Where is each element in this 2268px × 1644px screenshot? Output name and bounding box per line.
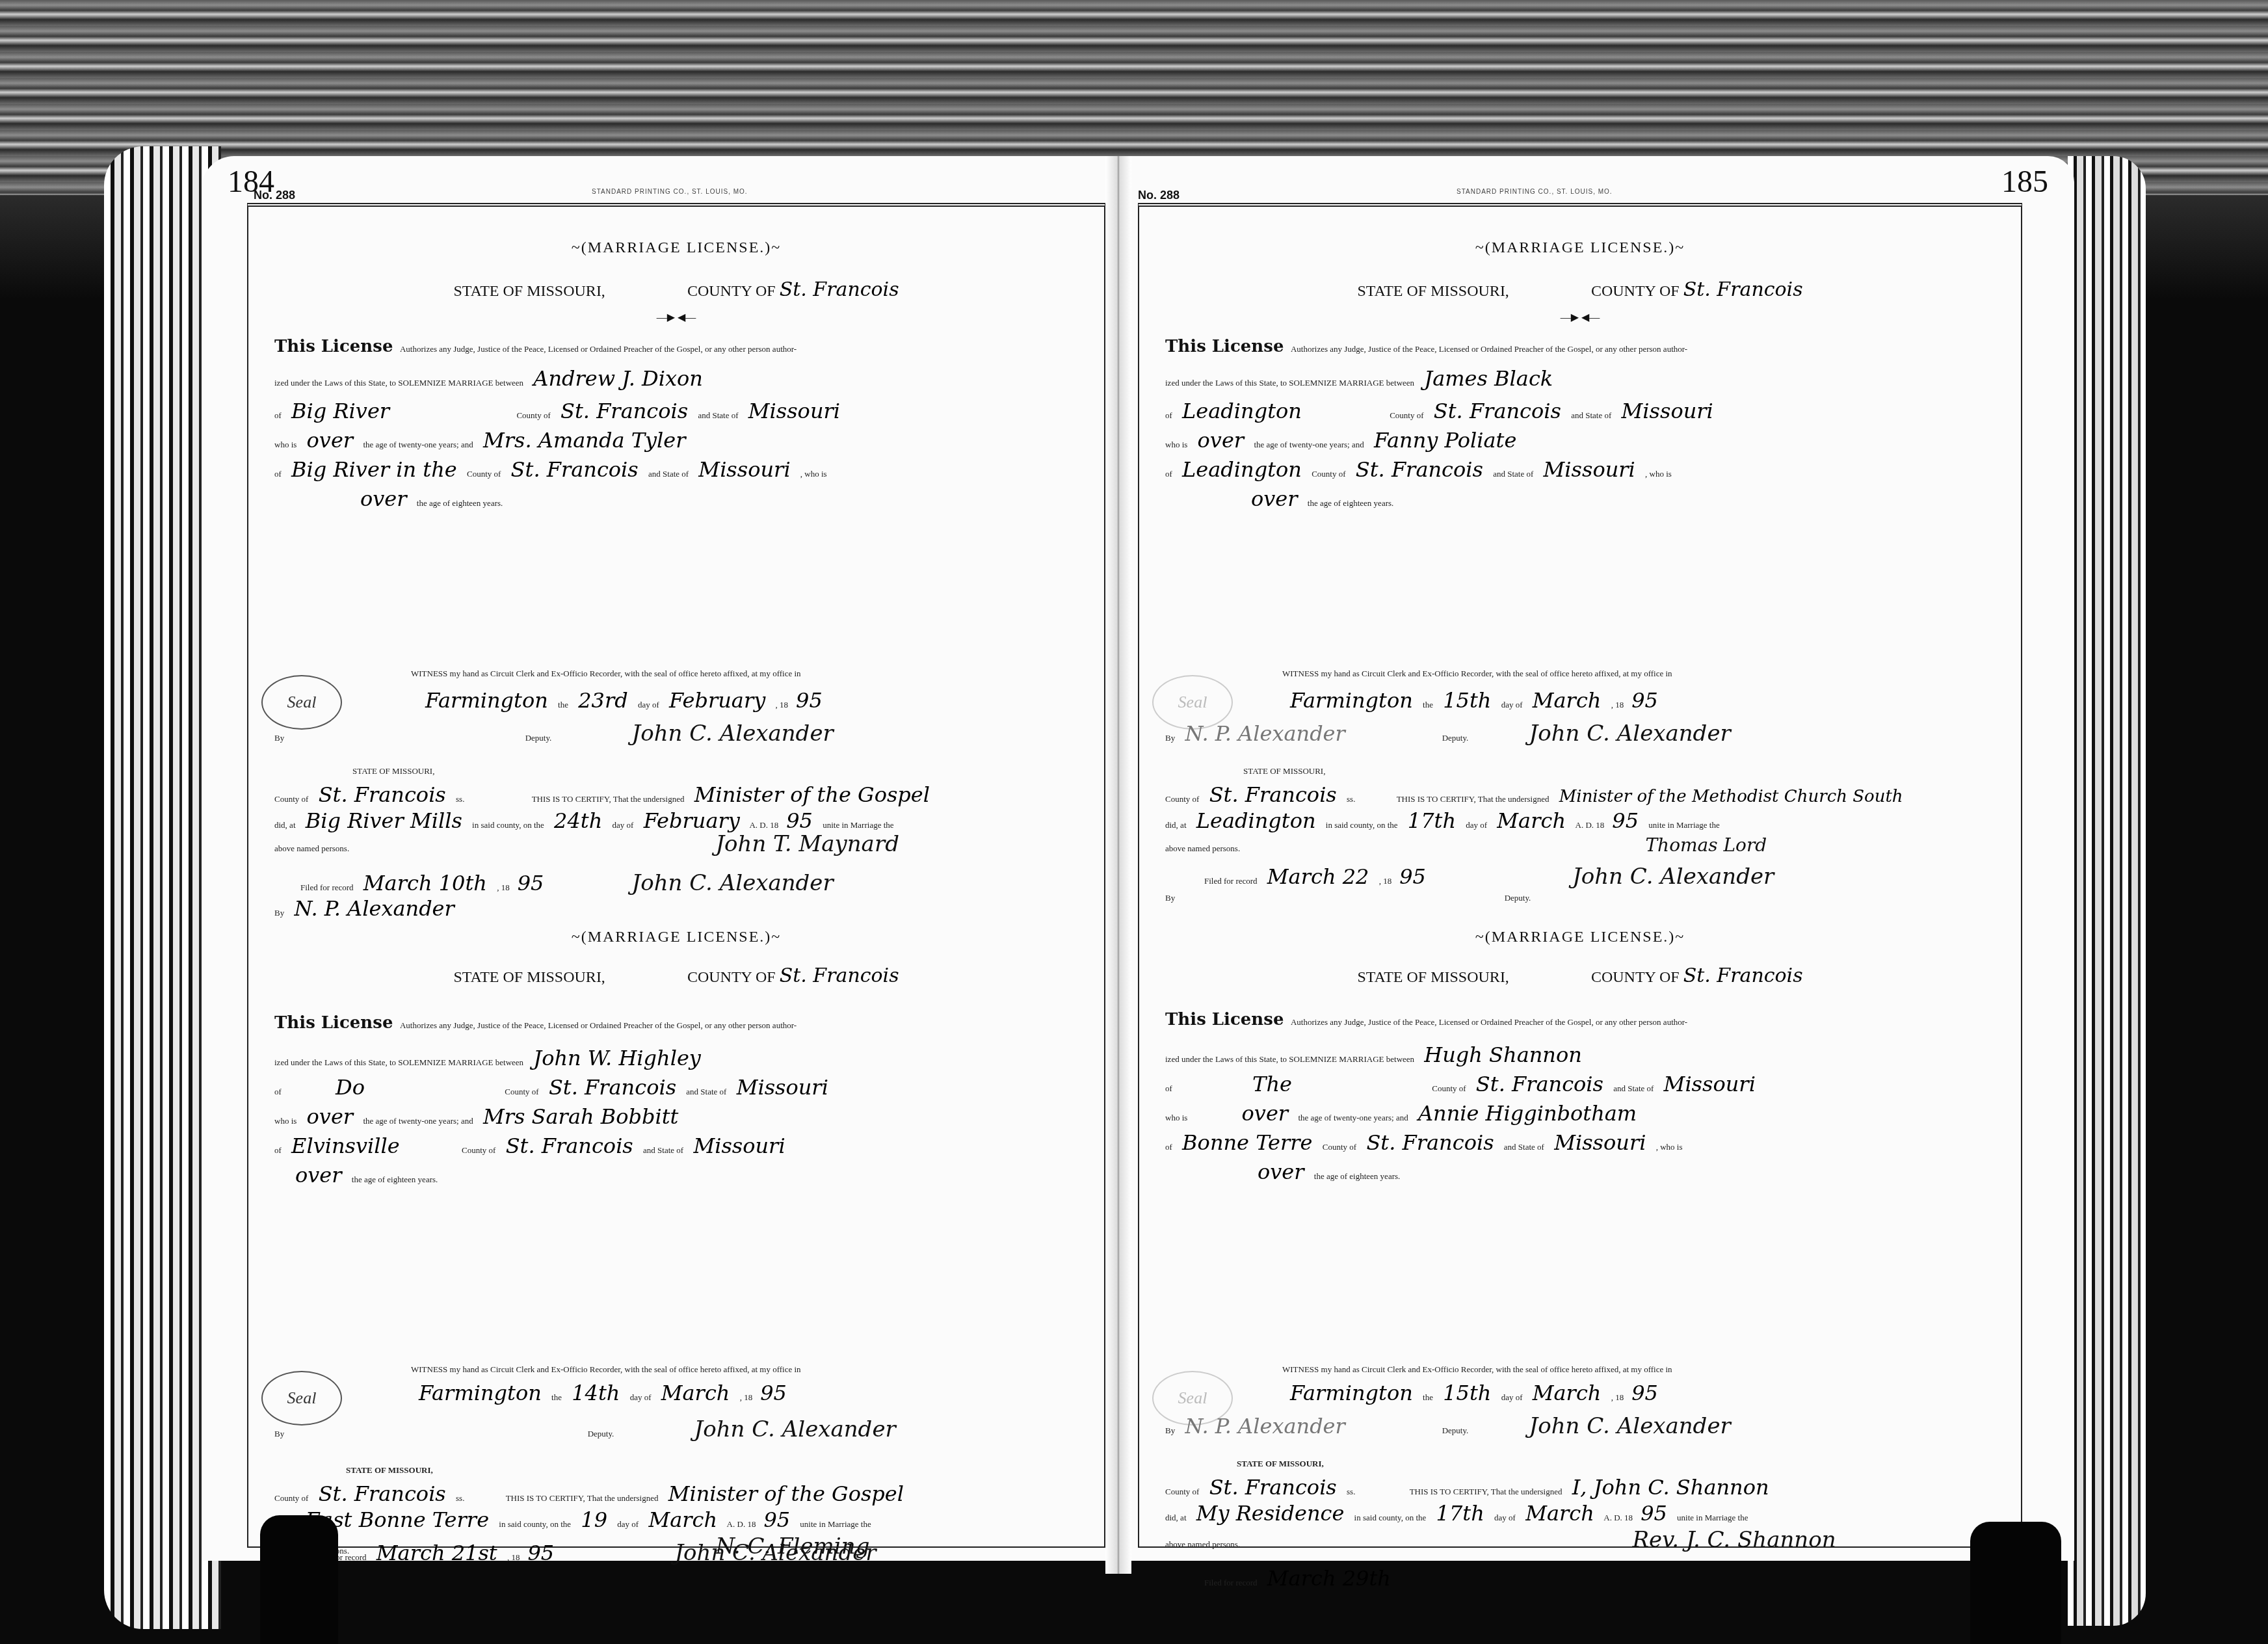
state-label: STATE OF MISSOURI, [1357,283,1509,300]
state-label: STATE OF MISSOURI, [453,283,605,300]
the-label: the [558,700,568,709]
bride-age: over [295,1163,342,1187]
year-prefix: , 18 [740,1392,753,1402]
married-day: 19 [581,1507,607,1532]
state-label: STATE OF MISSOURI, [1357,969,1509,986]
year-prefix: , 18 [776,700,789,709]
cert-county-label: County of [1165,1487,1199,1496]
bride-age-line: over the age of eighteen years. [274,486,1085,511]
this-license-heading: This License [1165,337,1284,356]
who-is-label: who is [1165,1113,1187,1122]
of-label: of [1165,1083,1172,1093]
groom-county: St. Francois [1476,1072,1603,1096]
and-state-label: and State of [1493,469,1533,479]
who-is-label: who is [274,1116,297,1126]
authorizes-text: Authorizes any Judge, Justice of the Pea… [400,1020,797,1030]
printer-line: STANDARD PRINTING CO., ST. LOUIS, MO. [1457,189,1613,196]
form-frame: ~(MARRIAGE LICENSE.)~ STATE OF MISSOURI,… [1138,203,2022,1548]
license-title: ~(MARRIAGE LICENSE.)~ [248,929,1104,946]
ad-text: A. D. 18 [749,820,778,830]
county-label: COUNTY OF [687,283,776,300]
who-is-label: who is [1165,440,1187,449]
year-prefix: , 18 [1379,876,1392,886]
state-county-line: STATE OF MISSOURI, COUNTY OF St. Francoi… [248,278,1104,301]
and-state-label: and State of [698,410,738,420]
issued-at: Farmington [1290,1381,1413,1405]
issued-year: 95 [1631,1381,1658,1405]
filed-year: 95 [1399,864,1426,889]
filed-date: March 29th [1267,1566,1391,1591]
issued-month: February [669,688,765,713]
issue-deputy: N. P. Alexander [1185,721,1432,746]
groom-residence: Do [336,1075,365,1100]
issued-day: 14th [572,1381,620,1405]
license-title: ~(MARRIAGE LICENSE.)~ [1139,239,2021,257]
married-at: Leadington [1196,808,1316,833]
cert-state: STATE OF MISSOURI, [1243,766,1325,776]
issue-deputy: N. P. Alexander [1185,1414,1432,1438]
issued-day: 15th [1443,688,1491,713]
cert-county-line: County of St. Francois ss. THIS IS TO CE… [1165,1475,2001,1500]
groom-residence: Leadington [1182,399,1302,423]
the-label: the [551,1392,562,1402]
witness-line: WITNESS my hand as Circuit Clerk and Ex-… [1165,669,2001,679]
filed-by-line: By Deputy. [1165,893,2001,903]
this-license-heading: This License [274,1013,393,1033]
did-at-label: did, at [1165,820,1187,830]
married-at: Big River Mills [306,808,462,833]
solemnize-text: ized under the Laws of this State, to SO… [274,378,523,388]
clerk-signature: John C. Alexander [694,1416,896,1442]
bride-residence-line: of Elvinsville County of St. Francois an… [274,1134,1085,1158]
bride-county: St. Francois [1356,457,1483,482]
county-of-label: County of [1390,410,1423,420]
bride-name: Annie Higginbotham [1418,1101,1637,1126]
groom-name-line: ized under the Laws of this State, to SO… [1165,1042,2001,1067]
cert-county-label: County of [274,1493,308,1503]
married-at-line: did, at My Residence in said county, on … [1165,1501,2001,1526]
filed-line: Filed for record March 22 , 1895 John C.… [1165,864,2001,890]
filed-deputy: N. P. Alexander [294,896,454,921]
issue-date-line: Farmington the 23rd day of February , 18… [274,688,1085,713]
groom-name-line: ized under the Laws of this State, to SO… [274,1046,1085,1070]
year-prefix: , 18 [507,1552,520,1562]
county-of-label: County of [1323,1142,1356,1152]
married-month: March [1525,1501,1594,1526]
county-value: St. Francois [780,964,899,987]
day-of-label: day of [1494,1513,1516,1522]
age21-text: the age of twenty-one years; and [363,1116,473,1126]
cert-county: St. Francois [1209,1475,1337,1500]
married-at: My Residence [1196,1501,1345,1526]
deputy-label: Deputy. [1505,893,1531,903]
unite-text: unite in Marriage the [823,820,893,830]
who-is-end: , who is [1656,1142,1683,1152]
cert-county: St. Francois [319,1481,446,1506]
above-named-line: above named persons. Thomas Lord [1165,834,2001,856]
and-state-label: and State of [686,1087,726,1096]
groom-age: over [1242,1101,1289,1126]
officiant-title: I, John C. Shannon [1572,1475,1769,1500]
deputy-label: Deputy. [525,733,552,743]
bride-age: over [1251,486,1298,511]
deputy-label: Deputy. [1442,733,1469,743]
this-license-heading: This License [1165,1010,1284,1029]
form-number: No. 288 [1138,189,1180,202]
filed-by-line: By N. P. Alexander [274,896,1085,921]
groom-state: Missouri [1622,399,1713,423]
witness-text: WITNESS my hand as Circuit Clerk and Ex-… [411,669,801,678]
officiant-signature: Thomas Lord [1645,834,1767,856]
by-label: By [274,733,284,743]
married-year: 95 [786,808,813,833]
cert-state: STATE OF MISSOURI, [346,1465,433,1475]
groom-age: over [1198,428,1245,453]
this-license-heading: This License [274,337,393,356]
officiant-title: Minister of the Gospel [694,782,930,807]
witness-line: WITNESS my hand as Circuit Clerk and Ex-… [274,669,1085,679]
bride-residence: Leadington [1182,457,1302,482]
filed-year: 95 [518,871,544,895]
county-of-label: County of [1312,469,1345,479]
bride-state: Missouri [1544,457,1635,482]
county-value: St. Francois [780,278,899,301]
filed-date: March 22 [1267,864,1369,889]
marriage-license-record: ~(MARRIAGE LICENSE.)~ STATE OF MISSOURI,… [248,207,1104,857]
filed-line: Filed for record March 21st , 1895 John … [274,1540,1085,1566]
groom-state: Missouri [1664,1072,1756,1096]
above-named: above named persons. [1165,1539,1240,1549]
married-day: 24th [554,808,602,833]
filed-line: Filed for record March 29th [1165,1566,2001,1591]
age18-text: the age of eighteen years. [1314,1171,1400,1181]
ss-label: ss. [456,1493,464,1503]
authorization-line: This License Authorizes any Judge, Justi… [274,337,1085,356]
ad-text: A. D. 18 [727,1519,756,1529]
bride-county: St. Francois [506,1134,633,1158]
issued-month: March [1533,688,1602,713]
state-county-line: STATE OF MISSOURI, COUNTY OF St. Francoi… [1139,278,2021,301]
authorization-line: This License Authorizes any Judge, Justi… [274,1013,1085,1033]
of-label: of [274,1145,282,1155]
witness-text: WITNESS my hand as Circuit Clerk and Ex-… [411,1364,801,1374]
did-at-label: did, at [274,820,296,830]
clerk-signature-line: By N. P. Alexander Deputy. John C. Alexa… [1165,1413,2001,1439]
issue-date-line: Farmington the 14th day of March , 1895 [274,1381,1085,1405]
groom-age: over [307,1104,354,1129]
officiant-signature: John T. Maynard [715,831,899,857]
bride-state: Missouri [698,457,790,482]
day-of-label: day of [613,820,634,830]
bride-age: over [360,486,407,511]
license-title: ~(MARRIAGE LICENSE.)~ [248,239,1104,257]
above-named: above named persons. [274,843,349,853]
ss-label: ss. [456,794,464,804]
groom-name-line: ized under the Laws of this State, to SO… [1165,366,2001,391]
bride-age-line: over the age of eighteen years. [1165,1160,2001,1184]
officiant-title: Minister of the Methodist Church South [1559,787,1903,806]
clerk-signature-line: By Deputy. John C. Alexander [274,721,1085,747]
bride-residence-line: of Bonne Terre County of St. Francois an… [1165,1130,2001,1155]
married-day: 17th [1436,1501,1484,1526]
certify-text: THIS IS TO CERTIFY, That the undersigned [506,1493,659,1503]
issued-month: March [661,1381,730,1405]
groom-name: Hugh Shannon [1424,1042,1581,1067]
county-value: St. Francois [1683,278,1803,301]
married-month: March [1497,808,1566,833]
groom-age-bride-line: who is over the age of twenty-one years;… [274,428,1085,453]
clerk-signature-line: By Deputy. John C. Alexander [274,1416,1085,1442]
bride-age: over [1258,1160,1304,1184]
ornament-arrows: —▶ ◀— [248,311,1104,324]
filing-block: above named persons. John T. Maynard Fil… [248,831,1104,929]
filed-label: Filed for record [1204,1578,1258,1587]
issued-year: 95 [1631,688,1658,713]
authorization-line: This License Authorizes any Judge, Justi… [1165,337,2001,356]
county-label: COUNTY OF [1591,283,1680,300]
married-year: 95 [1641,1501,1667,1526]
clerk-signature: John C. Alexander [1529,721,1731,747]
authorization-line: This License Authorizes any Judge, Justi… [1165,1010,2001,1029]
filed-clerk-signature: John C. Alexander [674,1540,876,1566]
solemnize-text: ized under the Laws of this State, to SO… [1165,378,1414,388]
book-gutter [1105,156,1131,1574]
age18-text: the age of eighteen years. [1308,498,1393,508]
county-label: COUNTY OF [1591,969,1680,986]
cert-state: STATE OF MISSOURI, [1237,1459,1324,1468]
bride-county: St. Francois [1366,1130,1494,1155]
married-month: March [648,1507,717,1532]
form-frame: ~(MARRIAGE LICENSE.)~ STATE OF MISSOURI,… [247,203,1105,1548]
bride-residence: Bonne Terre [1182,1130,1312,1155]
issued-day: 15th [1443,1381,1491,1405]
officiant-title: Minister of the Gospel [668,1481,904,1506]
county-of-label: County of [505,1087,538,1096]
issued-day: 23rd [578,688,628,713]
cert-county-label: County of [1165,794,1199,804]
groom-county: St. Francois [549,1075,676,1100]
certify-text: THIS IS TO CERTIFY, That the undersigned [532,794,685,804]
state-label: STATE OF MISSOURI, [453,969,605,986]
issue-date-line: Farmington the 15th day of March , 1895 [1165,1381,2001,1405]
authorizes-text: Authorizes any Judge, Justice of the Pea… [1291,1017,1687,1027]
day-of-label: day of [1501,700,1523,709]
cert-county-label: County of [274,794,308,804]
certify-text: THIS IS TO CERTIFY, That the undersigned [1410,1487,1563,1496]
bride-residence-line: of Big River in the County of St. Franco… [274,457,1085,482]
the-label: the [1423,1392,1433,1402]
bride-age-line: over the age of eighteen years. [1165,486,2001,511]
certify-text: THIS IS TO CERTIFY, That the undersigned [1397,794,1549,804]
issued-year: 95 [760,1381,787,1405]
married-year: 95 [763,1507,790,1532]
book-page-edges-right [2068,156,2146,1626]
bride-residence: Elvinsville [291,1134,400,1158]
married-year: 95 [1612,808,1639,833]
issue-date-line: Farmington the 15th day of March , 1895 [1165,688,2001,713]
cert-state-line: STATE OF MISSOURI, [274,766,1085,776]
authorizes-text: Authorizes any Judge, Justice of the Pea… [1291,344,1687,354]
who-is-end: , who is [800,469,827,479]
cert-county-line: County of St. Francois ss. THIS IS TO CE… [274,782,1085,807]
above-named-line: above named persons. John T. Maynard [274,831,1085,857]
issued-at: Farmington [425,688,548,713]
who-is-label: who is [274,440,297,449]
groom-residence-line: of The County of St. Francois and State … [1165,1072,2001,1096]
bride-age-line: over the age of eighteen years. [274,1163,1085,1187]
married-at-line: did, at Leadington in said county, on th… [1165,808,2001,833]
groom-age-bride-line: who is over the age of twenty-one years;… [1165,1101,2001,1126]
of-label: of [1165,1142,1172,1152]
bride-residence-line: of Leadington County of St. Francois and… [1165,457,2001,482]
county-of-label: County of [1432,1083,1466,1093]
clerk-signature: John C. Alexander [632,721,834,747]
in-said-county: in said county, on the [499,1519,571,1529]
age21-text: the age of twenty-one years; and [1254,440,1364,449]
of-label: of [274,469,282,479]
groom-name-line: ized under the Laws of this State, to SO… [274,366,1085,391]
married-month: February [644,808,740,833]
groom-residence: Big River [291,399,389,423]
groom-age-bride-line: who is over the age of twenty-one years;… [274,1104,1085,1129]
scanner-thumb-right [1970,1522,2061,1644]
cert-county-line: County of St. Francois ss. THIS IS TO CE… [1165,782,2001,807]
the-label: the [1423,700,1433,709]
age21-text: the age of twenty-one years; and [1298,1113,1408,1122]
day-of-label: day of [630,1392,652,1402]
above-named: above named persons. [1165,843,1240,853]
ad-text: A. D. 18 [1576,820,1605,830]
and-state-label: and State of [1571,410,1611,420]
groom-name: Andrew J. Dixon [533,366,703,391]
age18-text: the age of eighteen years. [352,1174,438,1184]
married-day: 17th [1408,808,1456,833]
printer-line: STANDARD PRINTING CO., ST. LOUIS, MO. [592,189,748,196]
left-page: 184 No. 288 STANDARD PRINTING CO., ST. L… [202,156,1118,1561]
scanner-thumb-left [260,1515,338,1644]
deputy-label: Deputy. [588,1429,614,1438]
form-number: No. 288 [254,189,295,202]
groom-county: St. Francois [1434,399,1561,423]
by-label: By [274,1429,284,1438]
groom-state: Missouri [748,399,840,423]
age21-text: the age of twenty-one years; and [363,440,473,449]
cert-state: STATE OF MISSOURI, [352,766,434,776]
and-state-label: and State of [1613,1083,1654,1093]
cert-state-line: STATE OF MISSOURI, [274,1465,1085,1476]
bride-county: St. Francois [511,457,639,482]
day-of-label: day of [638,700,659,709]
ss-label: ss. [1347,794,1355,804]
filed-date: March 10th [363,871,487,895]
and-state-label: and State of [1504,1142,1544,1152]
of-label: of [274,1087,282,1096]
unite-text: unite in Marriage the [1648,820,1719,830]
bride-name: Fanny Poliate [1374,428,1516,453]
county-of-label: County of [516,410,550,420]
married-at-line: did, at Big River Mills in said county, … [274,808,1085,833]
in-said-county: in said county, on the [472,820,544,830]
who-is-end: , who is [1645,469,1672,479]
authorizes-text: Authorizes any Judge, Justice of the Pea… [400,344,797,354]
groom-age: over [307,428,354,453]
witness-line: WITNESS my hand as Circuit Clerk and Ex-… [1165,1364,2001,1375]
ad-text: A. D. 18 [1603,1513,1633,1522]
county-of-label: County of [462,1145,495,1155]
deputy-label: Deputy. [1442,1425,1469,1435]
state-county-line: STATE OF MISSOURI, COUNTY OF St. Francoi… [248,964,1104,987]
solemnize-text: ized under the Laws of this State, to SO… [1165,1054,1414,1064]
groom-residence-line: of Do County of St. Francois and State o… [274,1075,1085,1100]
bride-state: Missouri [693,1134,785,1158]
witness-line: WITNESS my hand as Circuit Clerk and Ex-… [274,1364,1085,1375]
bride-state: Missouri [1554,1130,1646,1155]
married-at-line: did, at East Bonne Terre in said county,… [274,1507,1085,1532]
groom-name: John W. Highley [533,1046,701,1070]
groom-residence-line: of Leadington County of St. Francois and… [1165,399,2001,423]
age18-text: the age of eighteen years. [417,498,503,508]
officiant-signature: Rev. J. C. Shannon [1632,1527,1836,1553]
year-prefix: , 18 [497,882,510,892]
groom-residence-line: of Big River County of St. Francois and … [274,399,1085,423]
groom-state: Missouri [737,1075,828,1100]
cert-county-line: County of St. Francois ss. THIS IS TO CE… [274,1481,1085,1506]
issued-month: March [1533,1381,1602,1405]
of-label: of [274,410,282,420]
issued-at: Farmington [419,1381,542,1405]
bride-name: Mrs Sarah Bobbitt [483,1104,679,1129]
witness-text: WITNESS my hand as Circuit Clerk and Ex-… [1282,669,1672,678]
filed-clerk-signature: John C. Alexander [632,870,834,896]
issued-year: 95 [796,688,823,713]
filed-date: March 21st [376,1541,497,1565]
filed-label: Filed for record [300,882,354,892]
filed-year: 95 [527,1541,554,1565]
marriage-license-record: ~(MARRIAGE LICENSE.)~ STATE OF MISSOURI,… [1139,929,2021,1579]
of-label: of [1165,469,1172,479]
year-prefix: , 18 [1611,1392,1624,1402]
state-county-line: STATE OF MISSOURI, COUNTY OF St. Francoi… [1139,964,2021,987]
bride-residence: Big River in the [291,457,457,482]
year-prefix: , 18 [1611,700,1624,709]
by-label: By [1165,733,1175,743]
day-of-label: day of [1466,820,1487,830]
and-state-label: and State of [648,469,689,479]
witness-text: WITNESS my hand as Circuit Clerk and Ex-… [1282,1364,1672,1374]
cert-county: St. Francois [319,782,446,807]
above-named-line: above named persons. Rev. J. C. Shannon [1165,1527,2001,1553]
right-page: 185 No. 288 STANDARD PRINTING CO., ST. L… [1118,156,2074,1561]
unite-text: unite in Marriage the [1677,1513,1748,1522]
and-state-label: and State of [643,1145,683,1155]
filed-label: Filed for record [1204,876,1258,886]
groom-county: St. Francois [560,399,688,423]
county-value: St. Francois [1683,964,1803,987]
by-label: By [1165,1425,1175,1435]
clerk-signature: John C. Alexander [1529,1413,1731,1439]
clerk-signature-line: By N. P. Alexander Deputy. John C. Alexa… [1165,721,2001,747]
groom-age-bride-line: who is over the age of twenty-one years;… [1165,428,2001,453]
license-title: ~(MARRIAGE LICENSE.)~ [1139,929,2021,946]
by-label: By [274,908,284,918]
cert-state-line: STATE OF MISSOURI, [1165,766,2001,776]
in-said-county: in said county, on the [1326,820,1398,830]
of-label: of [1165,410,1172,420]
ornament-arrows: —▶ ◀— [1139,311,2021,324]
by-label: By [1165,893,1175,903]
county-label: COUNTY OF [687,969,776,986]
groom-residence: The [1252,1072,1292,1096]
